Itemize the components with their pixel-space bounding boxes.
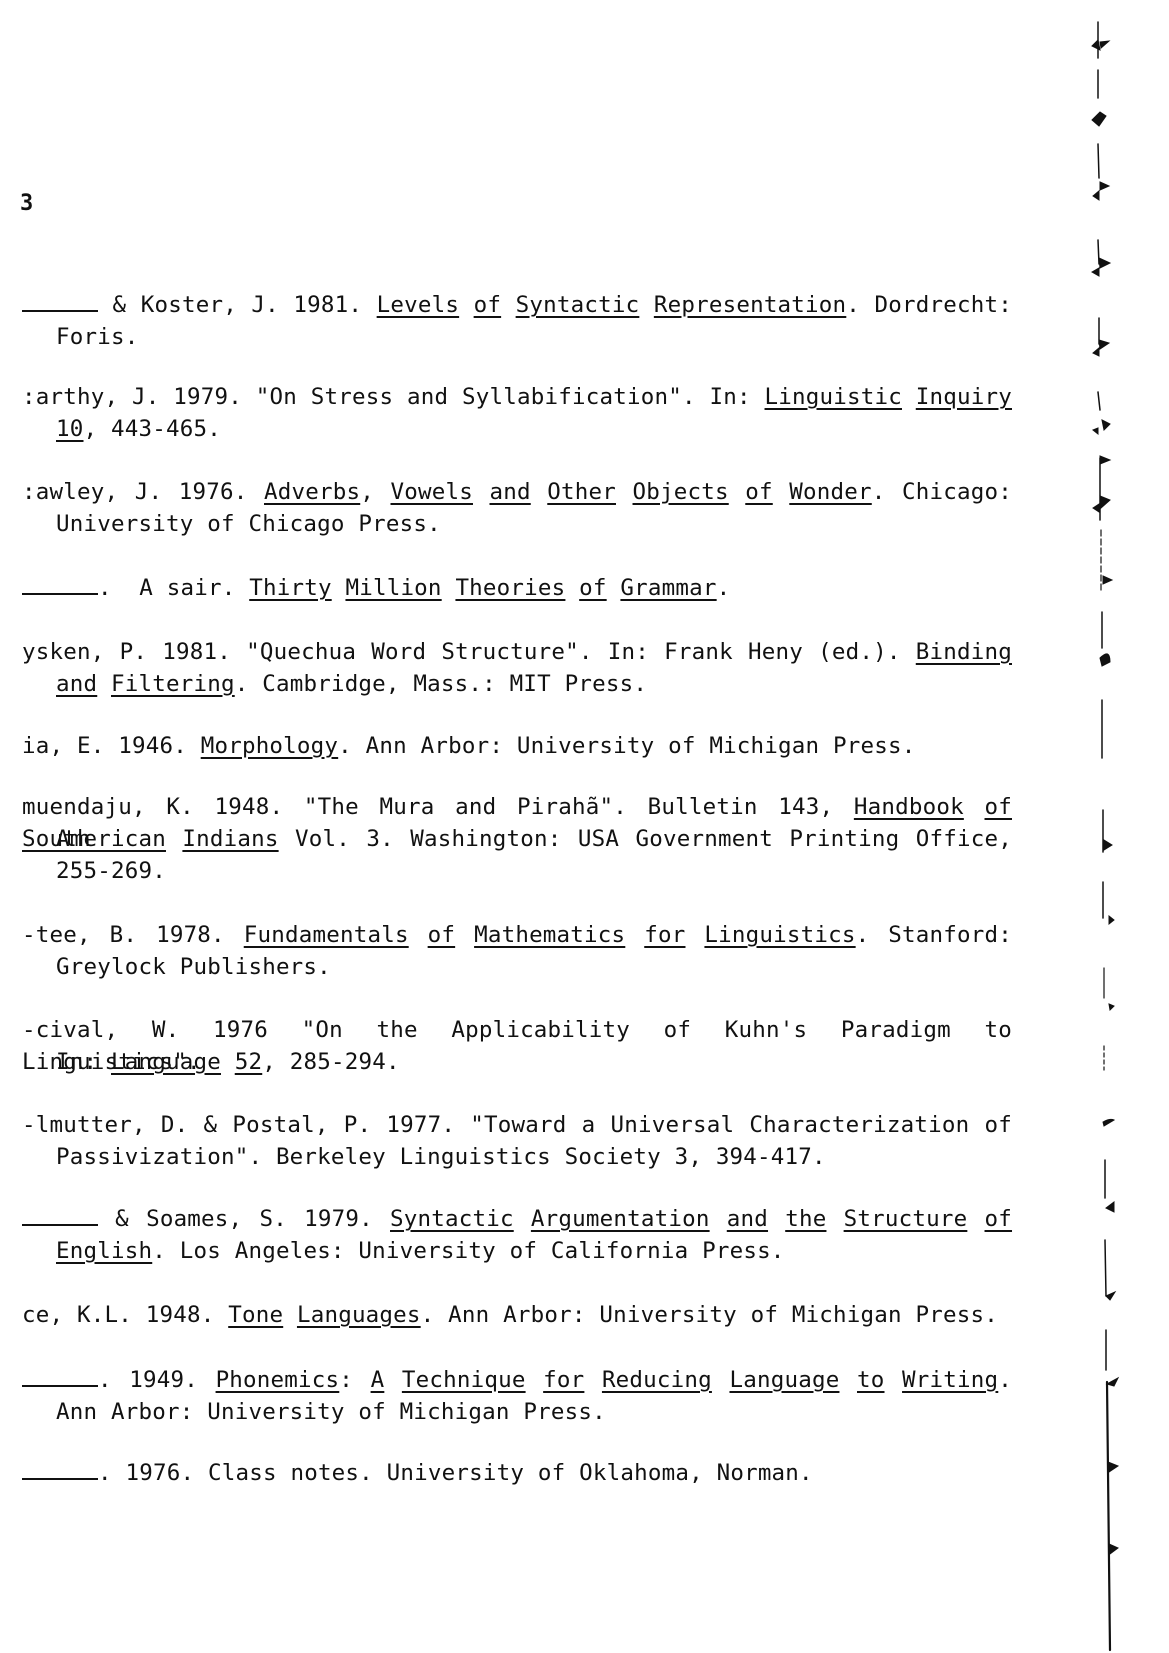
reference-entry: -cival, W. 1976 "On the Applicability of… [22, 1014, 1012, 1078]
reference-text: : [339, 1367, 370, 1393]
reference-text: & Soames, S. 1979. [98, 1206, 390, 1232]
underlined-title-word: English [56, 1238, 152, 1264]
reference-continuation-line: Passivization". Berkeley Linguistics Soc… [22, 1141, 1012, 1173]
underlined-title-word: Tone [228, 1302, 283, 1328]
reference-text: 255-269. [56, 858, 166, 884]
underlined-title-word: Filtering [111, 671, 235, 697]
reference-text: . Stanford: [856, 922, 1012, 948]
reference-text: Greylock Publishers. [56, 954, 331, 980]
reference-text [729, 479, 746, 505]
reference-text [712, 1367, 730, 1393]
reference-entry: ysken, P. 1981. "Quechua Word Structure"… [22, 636, 1012, 700]
reference-entry: -tee, B. 1978. Fundamentals of Mathemati… [22, 919, 1012, 983]
reference-continuation-line: American Indians Vol. 3. Washington: USA… [22, 823, 1012, 855]
reference-text: , 285-294. [262, 1049, 399, 1075]
underlined-title-word: Linguistics [704, 922, 855, 948]
underlined-title-word: Million [345, 575, 441, 601]
repeated-author-blank [22, 290, 98, 312]
underlined-title-word: Grammar [620, 575, 716, 601]
reference-text: :awley, J. 1976. [22, 479, 264, 505]
reference-text [616, 479, 633, 505]
reference-text [885, 1367, 903, 1393]
reference-entry: muendaju, K. 1948. "The Mura and Pirahã"… [22, 791, 1012, 887]
repeated-author-blank [22, 1204, 98, 1226]
underlined-title-word: Argumentation [531, 1206, 710, 1232]
reference-text [283, 1302, 297, 1328]
underlined-title-word: American [56, 826, 166, 852]
underlined-title-word: Other [547, 479, 616, 505]
reference-entry: :awley, J. 1976. Adverbs, Vowels and Oth… [22, 476, 1012, 540]
underlined-title-word: Linguistic [765, 384, 902, 410]
underlined-title-word: Vowels [391, 479, 473, 505]
reference-line: ysken, P. 1981. "Quechua Word Structure"… [22, 636, 1012, 668]
reference-text: . Ann Arbor: University of Michigan Pres… [421, 1302, 998, 1328]
underlined-title-word: Inquiry [916, 384, 1012, 410]
reference-text [409, 922, 428, 948]
reference-entry: . A sair. Thirty Million Theories of Gra… [22, 572, 1012, 604]
underlined-title-word: Fundamentals [244, 922, 409, 948]
underlined-title-word: Syntactic [390, 1206, 514, 1232]
reference-continuation-line: 10, 443-465. [22, 413, 1012, 445]
reference-entry: ce, K.L. 1948. Tone Languages. Ann Arbor… [22, 1299, 1012, 1331]
reference-text [625, 922, 644, 948]
reference-text: -lmutter, D. & Postal, P. 1977. "Toward … [22, 1112, 1012, 1138]
reference-text [526, 1367, 544, 1393]
reference-entry: :arthy, J. 1979. "On Stress and Syllabif… [22, 381, 1012, 445]
reference-text: Passivization". Berkeley Linguistics Soc… [56, 1144, 826, 1170]
underlined-title-word: for [543, 1367, 584, 1393]
page-number: 3 [20, 193, 33, 215]
reference-line: -lmutter, D. & Postal, P. 1977. "Toward … [22, 1109, 1012, 1141]
reference-text: & Koster, J. 1981. [98, 292, 377, 318]
underlined-title-word: of [985, 794, 1013, 820]
reference-continuation-line: Greylock Publishers. [22, 951, 1012, 983]
reference-text [514, 1206, 531, 1232]
underlined-title-word: Morphology [201, 733, 338, 759]
reference-text [442, 575, 456, 601]
reference-text [768, 1206, 785, 1232]
reference-text: University of Chicago Press. [56, 511, 441, 537]
reference-text [565, 575, 579, 601]
underlined-title-word: Levels [377, 292, 459, 318]
reference-entry: . 1949. Phonemics: A Technique for Reduc… [22, 1364, 1012, 1428]
reference-text: -tee, B. 1978. [22, 922, 244, 948]
reference-text [97, 671, 111, 697]
underlined-title-word: Theories [455, 575, 565, 601]
reference-text [967, 1206, 984, 1232]
underlined-title-word: of [428, 922, 456, 948]
reference-line: ia, E. 1946. Morphology. Ann Arbor: Univ… [22, 730, 1012, 762]
reference-text: , [360, 479, 390, 505]
underlined-title-word: 10 [56, 416, 84, 442]
reference-text [584, 1367, 602, 1393]
reference-line: . 1949. Phonemics: A Technique for Reduc… [22, 1364, 1012, 1396]
reference-text: . Los Angeles: University of California … [152, 1238, 784, 1264]
underlined-title-word: Reducing [602, 1367, 712, 1393]
reference-continuation-line: English. Los Angeles: University of Cali… [22, 1235, 1012, 1267]
underlined-title-word: of [474, 292, 502, 318]
underlined-title-word: Structure [844, 1206, 968, 1232]
reference-text: Vol. 3. Washington: USA Government Print… [279, 826, 1012, 852]
reference-text: . Cambridge, Mass.: MIT Press. [235, 671, 647, 697]
reference-text [501, 292, 516, 318]
reference-text [773, 479, 790, 505]
margin-binding-marks [1090, 0, 1130, 1653]
reference-text [473, 479, 490, 505]
underlined-title-word: of [579, 575, 607, 601]
reference-text: . Chicago: [872, 479, 1012, 505]
reference-continuation-line: In: Language 52, 285-294. [22, 1046, 1012, 1078]
reference-text: Ann Arbor: University of Michigan Press. [56, 1399, 606, 1425]
reference-continuation-line: 255-269. [22, 855, 1012, 887]
reference-text: ysken, P. 1981. "Quechua Word Structure"… [22, 639, 916, 665]
underlined-title-word: Mathematics [474, 922, 625, 948]
underlined-title-word: 52 [235, 1049, 263, 1075]
reference-text: ce, K.L. 1948. [22, 1302, 228, 1328]
reference-text: . [717, 575, 731, 601]
reference-continuation-line: and Filtering. Cambridge, Mass.: MIT Pre… [22, 668, 1012, 700]
underlined-title-word: to [857, 1367, 885, 1393]
reference-text [459, 292, 474, 318]
reference-text [455, 922, 474, 948]
reference-line: :awley, J. 1976. Adverbs, Vowels and Oth… [22, 476, 1012, 508]
reference-continuation-line: Ann Arbor: University of Michigan Press. [22, 1396, 1012, 1428]
repeated-author-blank [22, 573, 98, 595]
reference-entry: . 1976. Class notes. University of Oklah… [22, 1457, 1012, 1489]
reference-text: . Dordrecht: [846, 292, 1012, 318]
underlined-title-word: Representation [654, 292, 846, 318]
underlined-title-word: Adverbs [264, 479, 360, 505]
reference-text [332, 575, 346, 601]
binding-mark-icon [1090, 0, 1130, 1653]
reference-text [607, 575, 621, 601]
reference-line: :arthy, J. 1979. "On Stress and Syllabif… [22, 381, 1012, 413]
reference-line: & Soames, S. 1979. Syntactic Argumentati… [22, 1203, 1012, 1235]
reference-text [384, 1367, 402, 1393]
underlined-title-word: and [56, 671, 97, 697]
reference-text: Foris. [56, 324, 138, 350]
underlined-title-word: Binding [916, 639, 1012, 665]
underlined-title-word: Handbook [854, 794, 964, 820]
underlined-title-word: for [644, 922, 685, 948]
repeated-author-blank [22, 1365, 98, 1387]
reference-text [964, 794, 985, 820]
underlined-title-word: the [785, 1206, 826, 1232]
reference-text [166, 826, 182, 852]
reference-text: In: [56, 1049, 111, 1075]
reference-continuation-line: University of Chicago Press. [22, 508, 1012, 540]
underlined-title-word: Phonemics [216, 1367, 340, 1393]
underlined-title-word: Objects [633, 479, 729, 505]
reference-text [826, 1206, 843, 1232]
reference-text [639, 292, 654, 318]
reference-line: muendaju, K. 1948. "The Mura and Pirahã"… [22, 791, 1012, 823]
reference-text: . Ann Arbor: University of Michigan Pres… [338, 733, 915, 759]
underlined-title-word: of [985, 1206, 1013, 1232]
underlined-title-word: Wonder [789, 479, 871, 505]
reference-text: muendaju, K. 1948. "The Mura and Pirahã"… [22, 794, 854, 820]
reference-entry: ia, E. 1946. Morphology. Ann Arbor: Univ… [22, 730, 1012, 762]
repeated-author-blank [22, 1458, 98, 1480]
reference-line: -cival, W. 1976 "On the Applicability of… [22, 1014, 1012, 1046]
reference-line: . A sair. Thirty Million Theories of Gra… [22, 572, 1012, 604]
underlined-title-word: and [727, 1206, 768, 1232]
reference-text: . [998, 1367, 1012, 1393]
underlined-title-word: Technique [402, 1367, 526, 1393]
underlined-title-word: Syntactic [516, 292, 640, 318]
reference-line: & Koster, J. 1981. Levels of Syntactic R… [22, 289, 1012, 321]
reference-text: ia, E. 1946. [22, 733, 201, 759]
reference-text [221, 1049, 235, 1075]
underlined-title-word: Language [729, 1367, 839, 1393]
reference-entry: & Koster, J. 1981. Levels of Syntactic R… [22, 289, 1012, 353]
underlined-title-word: of [745, 479, 773, 505]
reference-text: . 1976. Class notes. University of Oklah… [98, 1460, 813, 1486]
reference-continuation-line: Foris. [22, 321, 1012, 353]
reference-entry: -lmutter, D. & Postal, P. 1977. "Toward … [22, 1109, 1012, 1173]
reference-text: :arthy, J. 1979. "On Stress and Syllabif… [22, 384, 765, 410]
reference-text [839, 1367, 857, 1393]
underlined-title-word: Indians [182, 826, 278, 852]
underlined-title-word: Language [111, 1049, 221, 1075]
reference-text [531, 479, 548, 505]
reference-line: . 1976. Class notes. University of Oklah… [22, 1457, 1012, 1489]
reference-text [710, 1206, 727, 1232]
underlined-title-word: and [490, 479, 531, 505]
reference-text: . 1949. [98, 1367, 216, 1393]
reference-text: . A sair. [98, 575, 249, 601]
reference-text [902, 384, 916, 410]
underlined-title-word: Writing [902, 1367, 998, 1393]
underlined-title-word: Thirty [249, 575, 331, 601]
underlined-title-word: Languages [297, 1302, 421, 1328]
reference-text [685, 922, 704, 948]
reference-line: -tee, B. 1978. Fundamentals of Mathemati… [22, 919, 1012, 951]
reference-line: ce, K.L. 1948. Tone Languages. Ann Arbor… [22, 1299, 1012, 1331]
reference-entry: & Soames, S. 1979. Syntactic Argumentati… [22, 1203, 1012, 1267]
reference-text: , 443-465. [84, 416, 221, 442]
underlined-title-word: A [371, 1367, 385, 1393]
